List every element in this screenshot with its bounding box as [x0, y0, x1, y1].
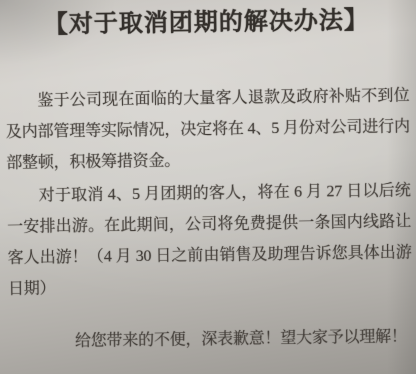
document-photo: 【对于取消团期的解决办法】 鉴于公司现在面临的大量客人退款及政府补贴不到位及内部… — [0, 0, 416, 374]
notice-document: 【对于取消团期的解决办法】 鉴于公司现在面临的大量客人退款及政府补贴不到位及内部… — [0, 0, 416, 358]
closing-apology-line: 给您带来的不便，深表歉意！望大家予以理解！ — [9, 321, 413, 358]
document-title: 【对于取消团期的解决办法】 — [4, 3, 408, 43]
paragraph-company-situation: 鉴于公司现在面临的大量客人退款及政府补贴不到位及内部管理等实际情况，决定将在 4… — [5, 80, 410, 179]
paragraph-cancellation-arrangement: 对于取消 4、5 月团期的客人，将在 6 月 27 日以后统一安排出游。在此期间… — [7, 175, 413, 305]
